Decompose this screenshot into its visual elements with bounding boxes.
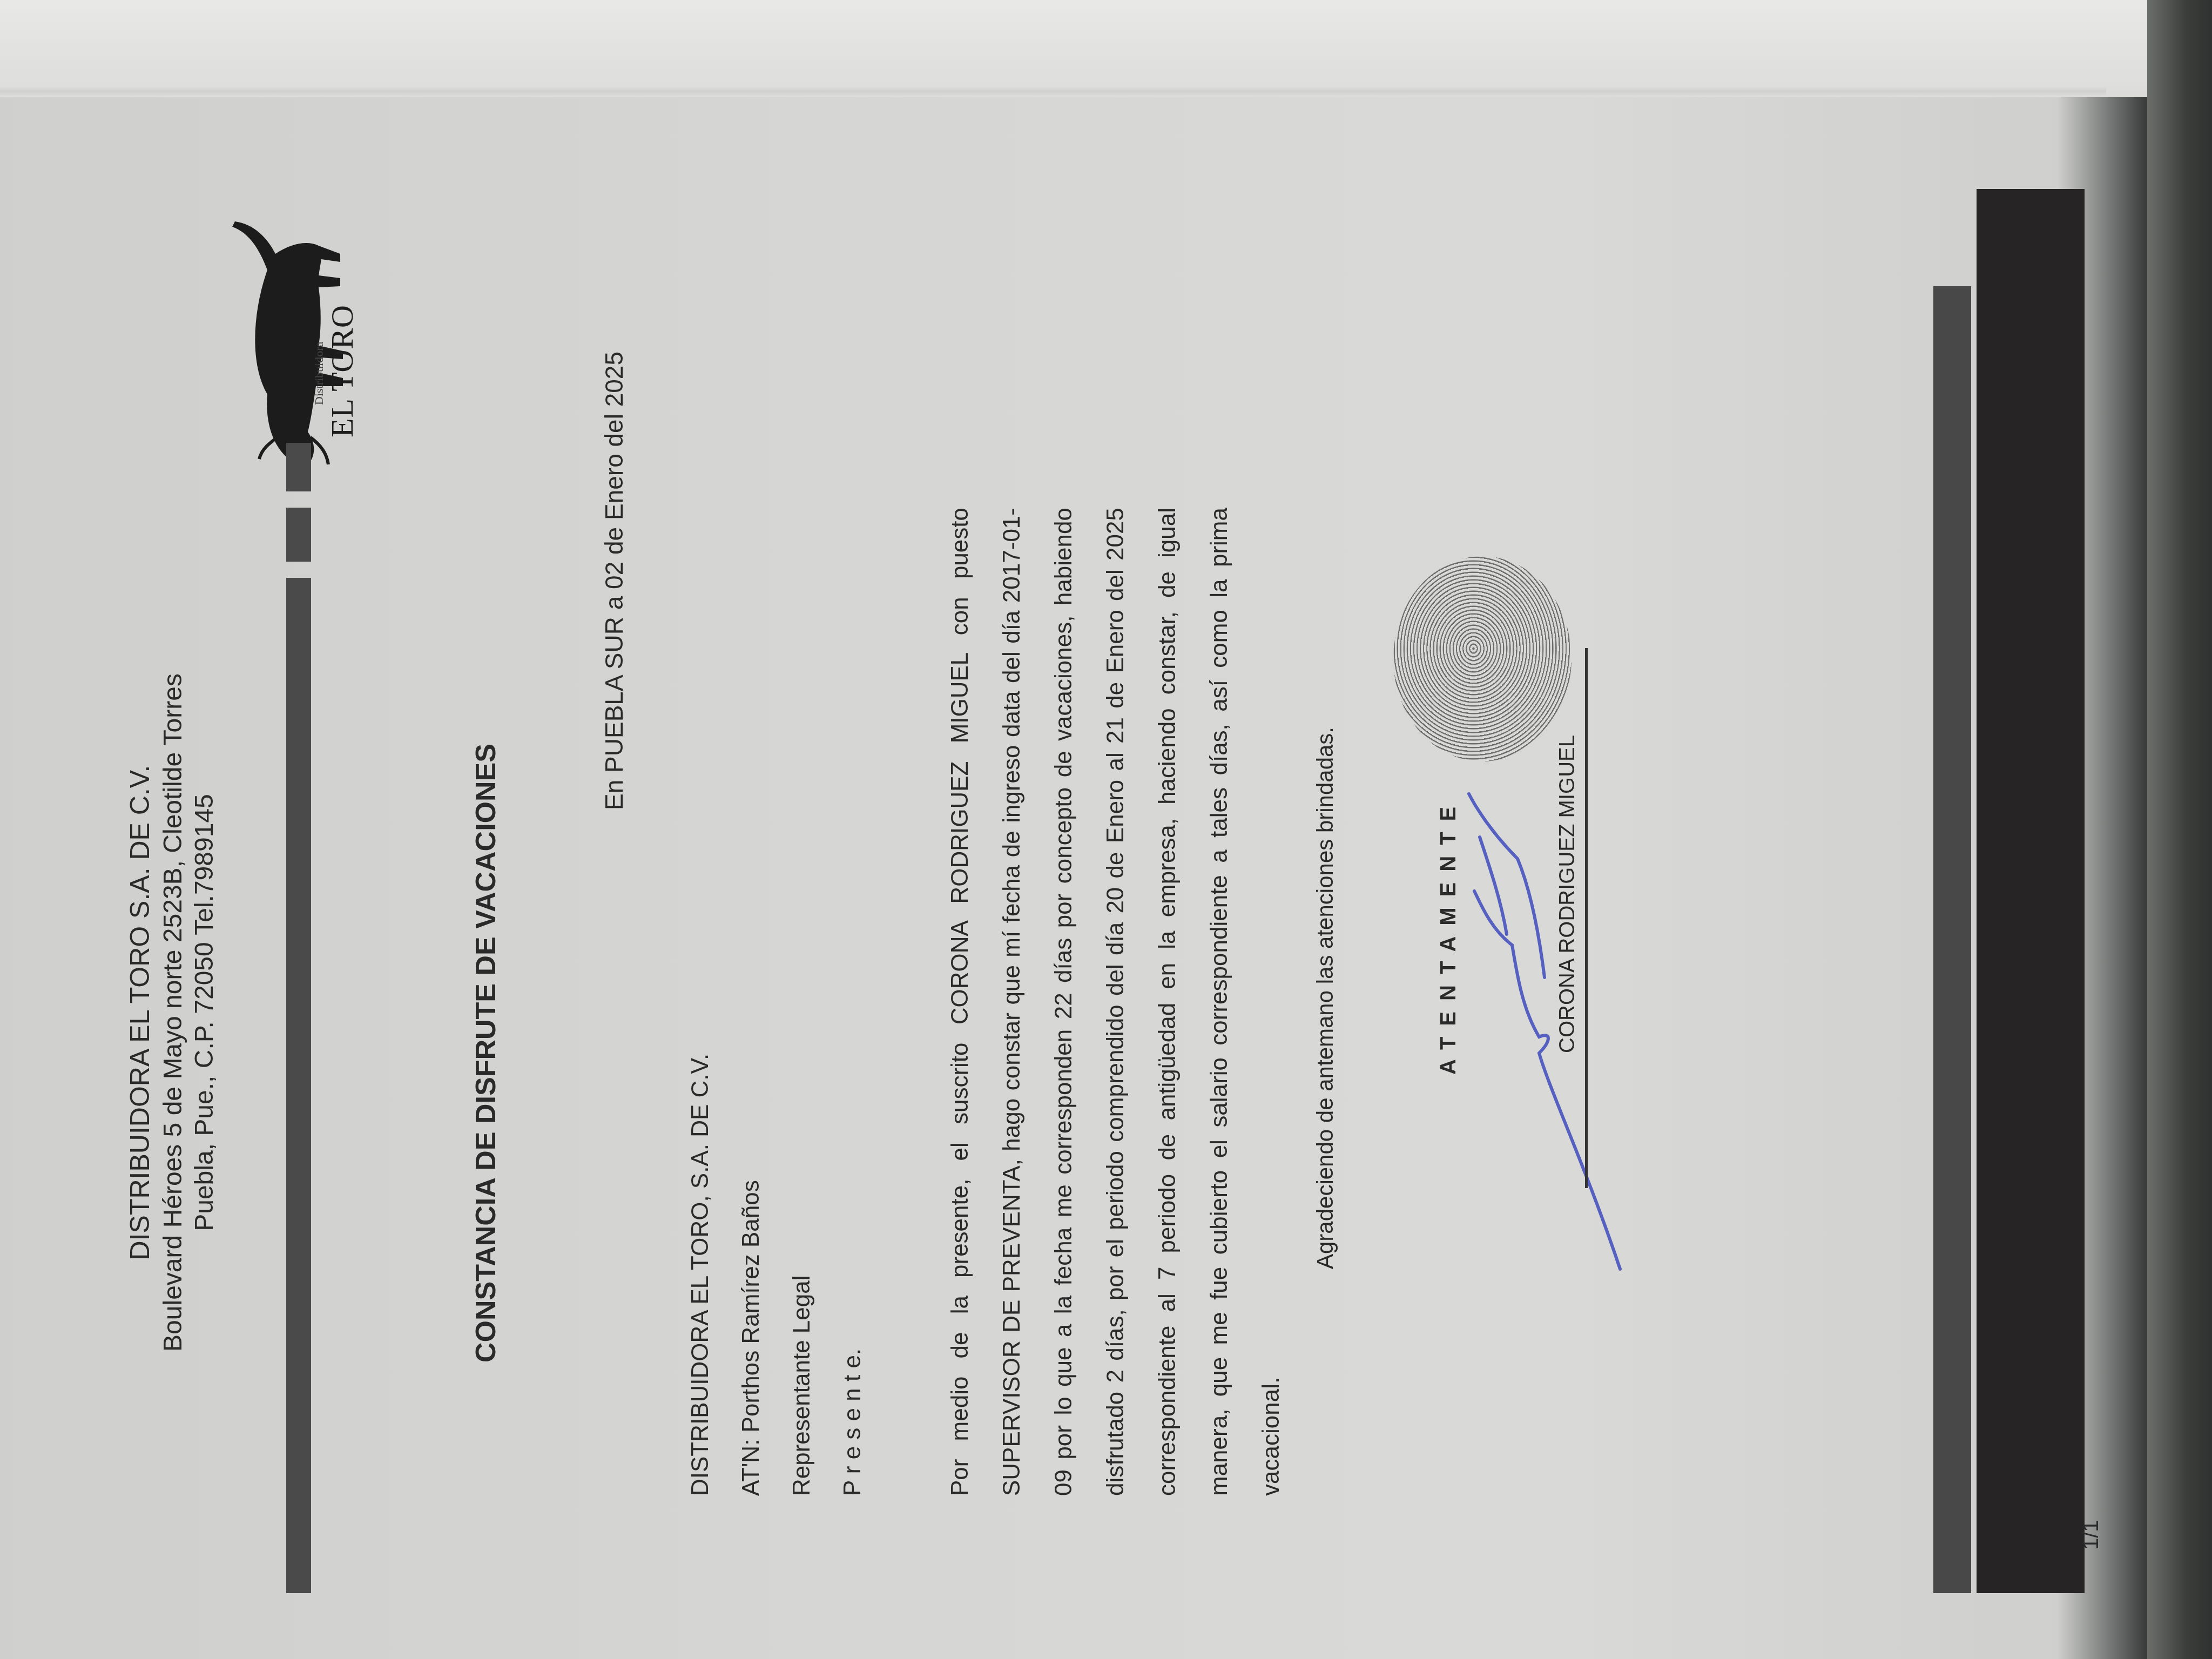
thanks-line: Agradeciendo de antemano las atenciones … [1312, 727, 1338, 1269]
signature-icon [1458, 686, 1642, 1280]
signature-line [1585, 648, 1588, 1188]
paper-edge [0, 0, 2212, 97]
recipient-attention: AT'N: Porthos Ramírez Baños [726, 1054, 777, 1496]
decorative-bar [286, 578, 311, 1593]
place-date: En PUEBLA SUR a 02 de Enero del 2025 [599, 352, 629, 810]
signer-name: CORONA RODRIGUEZ MIGUEL [1555, 735, 1580, 1053]
recipient-salutation: P r e s e n t e. [827, 1054, 878, 1496]
logo-brand: EL TORO [324, 305, 360, 437]
decorative-bar [1933, 286, 1971, 1593]
body-paragraph: Por medio de la presente, el suscrito CO… [934, 508, 1297, 1496]
decorative-bar [286, 443, 311, 491]
letterhead-company: DISTRIBUIDORA EL TORO S.A. DE C.V. [124, 513, 156, 1512]
letterhead-address-line1: Boulevard Héroes 5 de Mayo norte 2523B, … [158, 513, 189, 1512]
decorative-bar [1977, 189, 2085, 1593]
page-number: 1/1 [2079, 1520, 2103, 1550]
document-title: CONSTANCIA DE DISFRUTE DE VACACIONES [470, 513, 502, 1593]
letterhead: DISTRIBUIDORA EL TORO S.A. DE C.V. Boule… [124, 513, 220, 1512]
closing: ATENTAMENTE [1437, 796, 1461, 1075]
document-page: DISTRIBUIDORA EL TORO S.A. DE C.V. Boule… [54, 189, 2052, 1593]
recipient-role: Representante Legal [777, 1054, 827, 1496]
recipient-block: DISTRIBUIDORA EL TORO, S.A. DE C.V. AT'N… [675, 1054, 878, 1496]
recipient-company: DISTRIBUIDORA EL TORO, S.A. DE C.V. [675, 1054, 726, 1496]
letterhead-address-line2: Puebla, Pue., C.P. 72050 Tel.7989145 [189, 513, 220, 1512]
decorative-bar [286, 508, 311, 562]
background-surface [2147, 0, 2212, 1659]
paper-fold [0, 86, 2106, 96]
